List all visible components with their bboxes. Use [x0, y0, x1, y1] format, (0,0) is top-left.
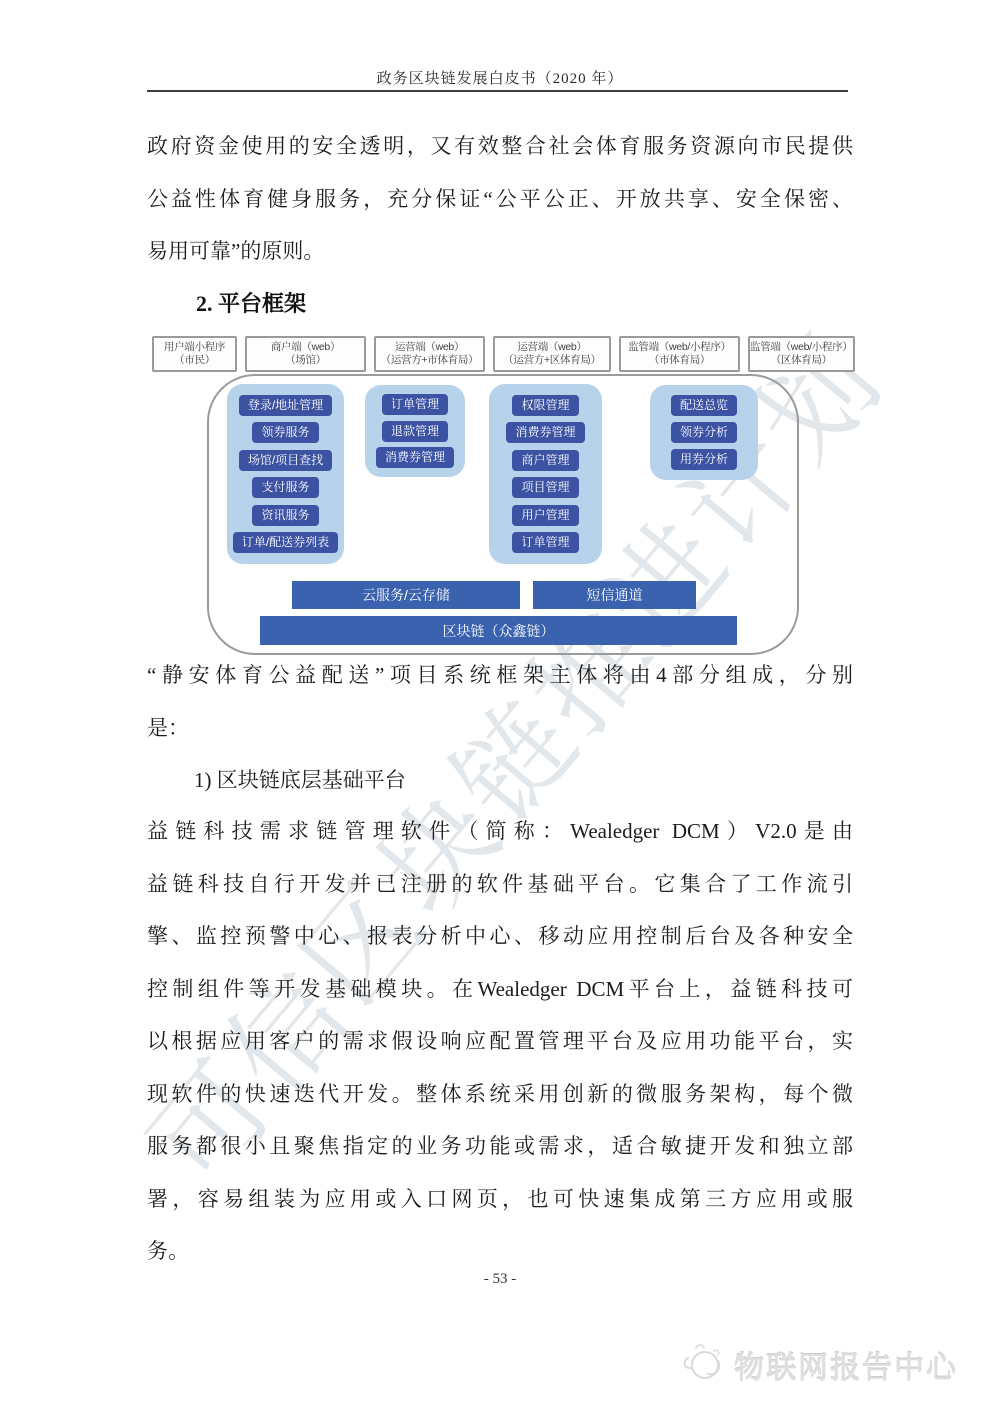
module-box: 权限管理 — [512, 395, 578, 416]
module-box: 配送总览 — [671, 395, 737, 416]
section-heading-platform-framework: 2. 平台框架 — [196, 287, 306, 318]
header-title: 政务区块链发展白皮书（2020 年） — [0, 67, 1000, 88]
paragraph-wealedger-description: 益链科技需求链管理软件（简称：Wealedger DCM）V2.0是由益链科技自… — [147, 805, 853, 1278]
blockchain-bar: 区块链（众鑫链） — [260, 616, 737, 645]
module-group-operation: 权限管理消费券管理商户管理项目管理用户管理订单管理 — [489, 384, 602, 564]
module-box: 消费券管理 — [506, 422, 584, 443]
report-center-logo: 物联网报告中心 — [678, 1336, 958, 1394]
module-box: 领券分析 — [671, 422, 737, 443]
client-endpoint-owner: （区体育局） — [771, 354, 832, 367]
module-box: 支付服务 — [252, 477, 318, 498]
text-line: 服务都很小且聚焦指定的业务功能或需求，适合敏捷开发和独立部 — [147, 1120, 853, 1173]
module-box: 订单管理 — [512, 532, 578, 553]
client-endpoint-box: 运营端（web） （运营方+区体育局） — [493, 336, 611, 372]
client-endpoint-owner: （场馆） — [285, 354, 326, 367]
module-box: 退款管理 — [382, 421, 448, 442]
paragraph-principles: 政府资金使用的安全透明，又有效整合社会体育服务资源向市民提供公益性体育健身服务，… — [147, 120, 853, 278]
list-item-blockchain-base-platform: 1) 区块链底层基础平台 — [194, 767, 406, 793]
module-box: 消费券管理 — [376, 447, 454, 468]
client-endpoint-owner: （市民） — [174, 354, 215, 367]
module-group-user: 登录/地址管理领券服务场馆/项目查找支付服务资讯服务订单/配送券列表 — [227, 384, 344, 564]
module-group-supervision: 配送总览领券分析用券分析 — [650, 385, 758, 480]
client-endpoint-box: 用户端小程序 （市民） — [152, 336, 237, 372]
client-endpoint-name: 商户端（web） — [271, 341, 340, 354]
client-endpoint-owner: （运营方+区体育局） — [503, 354, 601, 367]
module-box: 登录/地址管理 — [239, 395, 332, 416]
cloud-service-bar: 云服务/云存储 — [292, 581, 520, 609]
module-box: 订单/配送券列表 — [233, 532, 338, 553]
diagram-platform-container: 登录/地址管理领券服务场馆/项目查找支付服务资讯服务订单/配送券列表 订单管理退… — [207, 374, 799, 655]
globe-sketch-icon — [678, 1338, 728, 1393]
page-number: - 53 - — [0, 1271, 1000, 1288]
module-box: 资讯服务 — [252, 505, 318, 526]
text-line: 政府资金使用的安全透明，又有效整合社会体育服务资源向市民提供 — [147, 120, 853, 173]
text-line: 易用可靠”的原则。 — [147, 225, 853, 278]
client-endpoint-box: 运营端（web） （运营方+市体育局） — [374, 336, 485, 372]
report-center-logo-text: 物联网报告中心 — [734, 1343, 958, 1387]
client-endpoint-owner: （市体育局） — [649, 354, 710, 367]
client-endpoint-name: 运营端（web） — [395, 341, 464, 354]
text-line: 擎、监控预警中心、报表分析中心、移动应用控制后台及各种安全 — [147, 910, 853, 963]
header-rule — [147, 90, 848, 92]
text-line: 现软件的快速迭代开发。整体系统采用创新的微服务架构，每个微 — [147, 1068, 853, 1121]
sms-channel-bar: 短信通道 — [533, 581, 696, 609]
client-endpoint-name: 监管端（web/小程序） — [750, 341, 853, 354]
client-endpoint-box: 监管端（web/小程序） （区体育局） — [748, 336, 855, 372]
module-box: 项目管理 — [512, 477, 578, 498]
text-line: 务。 — [147, 1225, 853, 1278]
module-box: 订单管理 — [382, 394, 448, 415]
client-endpoint-box: 监管端（web/小程序） （市体育局） — [619, 336, 740, 372]
module-box: 用券分析 — [671, 449, 737, 470]
document-page: 可信区块链推进计划 政务区块链发展白皮书（2020 年） 政府资金使用的安全透明… — [0, 0, 1000, 1414]
client-endpoint-name: 运营端（web） — [517, 341, 586, 354]
text-line: 益链科技自行开发并已注册的软件基础平台。它集合了工作流引 — [147, 858, 853, 911]
module-box: 场馆/项目查找 — [239, 450, 332, 471]
text-line: 以根据应用客户的需求假设响应配置管理平台及应用功能平台，实 — [147, 1015, 853, 1068]
module-box: 用户管理 — [512, 505, 578, 526]
module-box: 商户管理 — [512, 450, 578, 471]
text-line: “静安体育公益配送”项目系统框架主体将由4部分组成，分别 — [147, 649, 853, 702]
client-endpoint-box: 商户端（web） （场馆） — [245, 336, 366, 372]
client-endpoint-name: 用户端小程序 — [164, 341, 225, 354]
text-line: 公益性体育健身服务，充分保证“公平公正、开放共享、安全保密、 — [147, 173, 853, 226]
client-endpoint-name: 监管端（web/小程序） — [628, 341, 731, 354]
text-line: 益链科技需求链管理软件（简称：Wealedger DCM）V2.0是由 — [147, 805, 853, 858]
module-group-merchant: 订单管理退款管理消费券管理 — [365, 385, 465, 477]
module-box: 领券服务 — [252, 422, 318, 443]
client-endpoint-owner: （运营方+市体育局） — [381, 354, 479, 367]
text-line: 控制组件等开发基础模块。在Wealedger DCM平台上，益链科技可 — [147, 963, 853, 1016]
paragraph-framework-intro: “静安体育公益配送”项目系统框架主体将由4部分组成，分别是： — [147, 649, 853, 754]
text-line: 署，容易组装为应用或入口网页，也可快速集成第三方应用或服 — [147, 1173, 853, 1226]
diagram-client-row: 用户端小程序 （市民） 商户端（web） （场馆） 运营端（web） （运营方+… — [152, 336, 855, 372]
text-line: 是： — [147, 702, 853, 755]
